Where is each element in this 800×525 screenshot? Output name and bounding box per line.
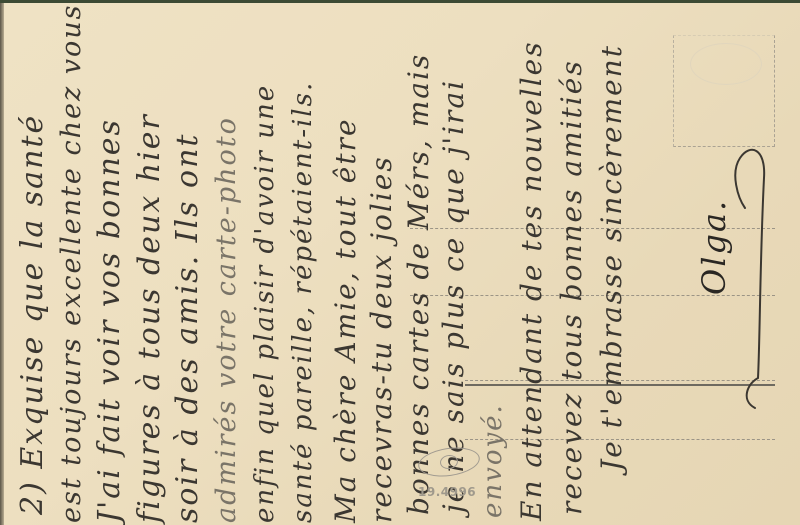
publisher-stamp-logo xyxy=(439,454,459,470)
letter-line: enfin quel plaisir d'avoir une xyxy=(252,84,278,523)
letter-line: Je t'embrasse sincèrement xyxy=(598,44,626,471)
letter-line: envoyé. xyxy=(480,403,506,518)
letter-line: recevras-tu deux jolies xyxy=(368,155,396,523)
letter-line: figures à tous deux hier xyxy=(135,113,165,523)
signature-flourish xyxy=(730,138,790,428)
letter-line: soir à des amis. Ils ont xyxy=(173,133,203,523)
publisher-number: 19.4996 xyxy=(418,485,476,499)
signature: Olga. xyxy=(698,199,730,295)
letter-line: En attendant de tes nouvelles xyxy=(518,40,546,521)
letter-line: est toujours excellente chez vous xyxy=(58,3,85,523)
letter-line: bonnes cartes de Mérs, mais xyxy=(405,53,433,515)
letter-line: 2) Exquise que la santé xyxy=(18,114,48,515)
letter-line: santé pareille, répétaient-ils. xyxy=(290,81,316,523)
stamp-ghost-mark xyxy=(690,43,762,85)
letter-line: admirés votre carte-photo xyxy=(213,116,240,523)
letter-line: J'ai fait voir vos bonnes xyxy=(95,118,125,523)
postcard-back: 2) Exquise que la santé est toujours exc… xyxy=(0,3,800,525)
letter-line: recevez tous bonnes amitiés xyxy=(558,59,586,515)
letter-line: Ma chère Amie, tout être xyxy=(332,117,360,523)
